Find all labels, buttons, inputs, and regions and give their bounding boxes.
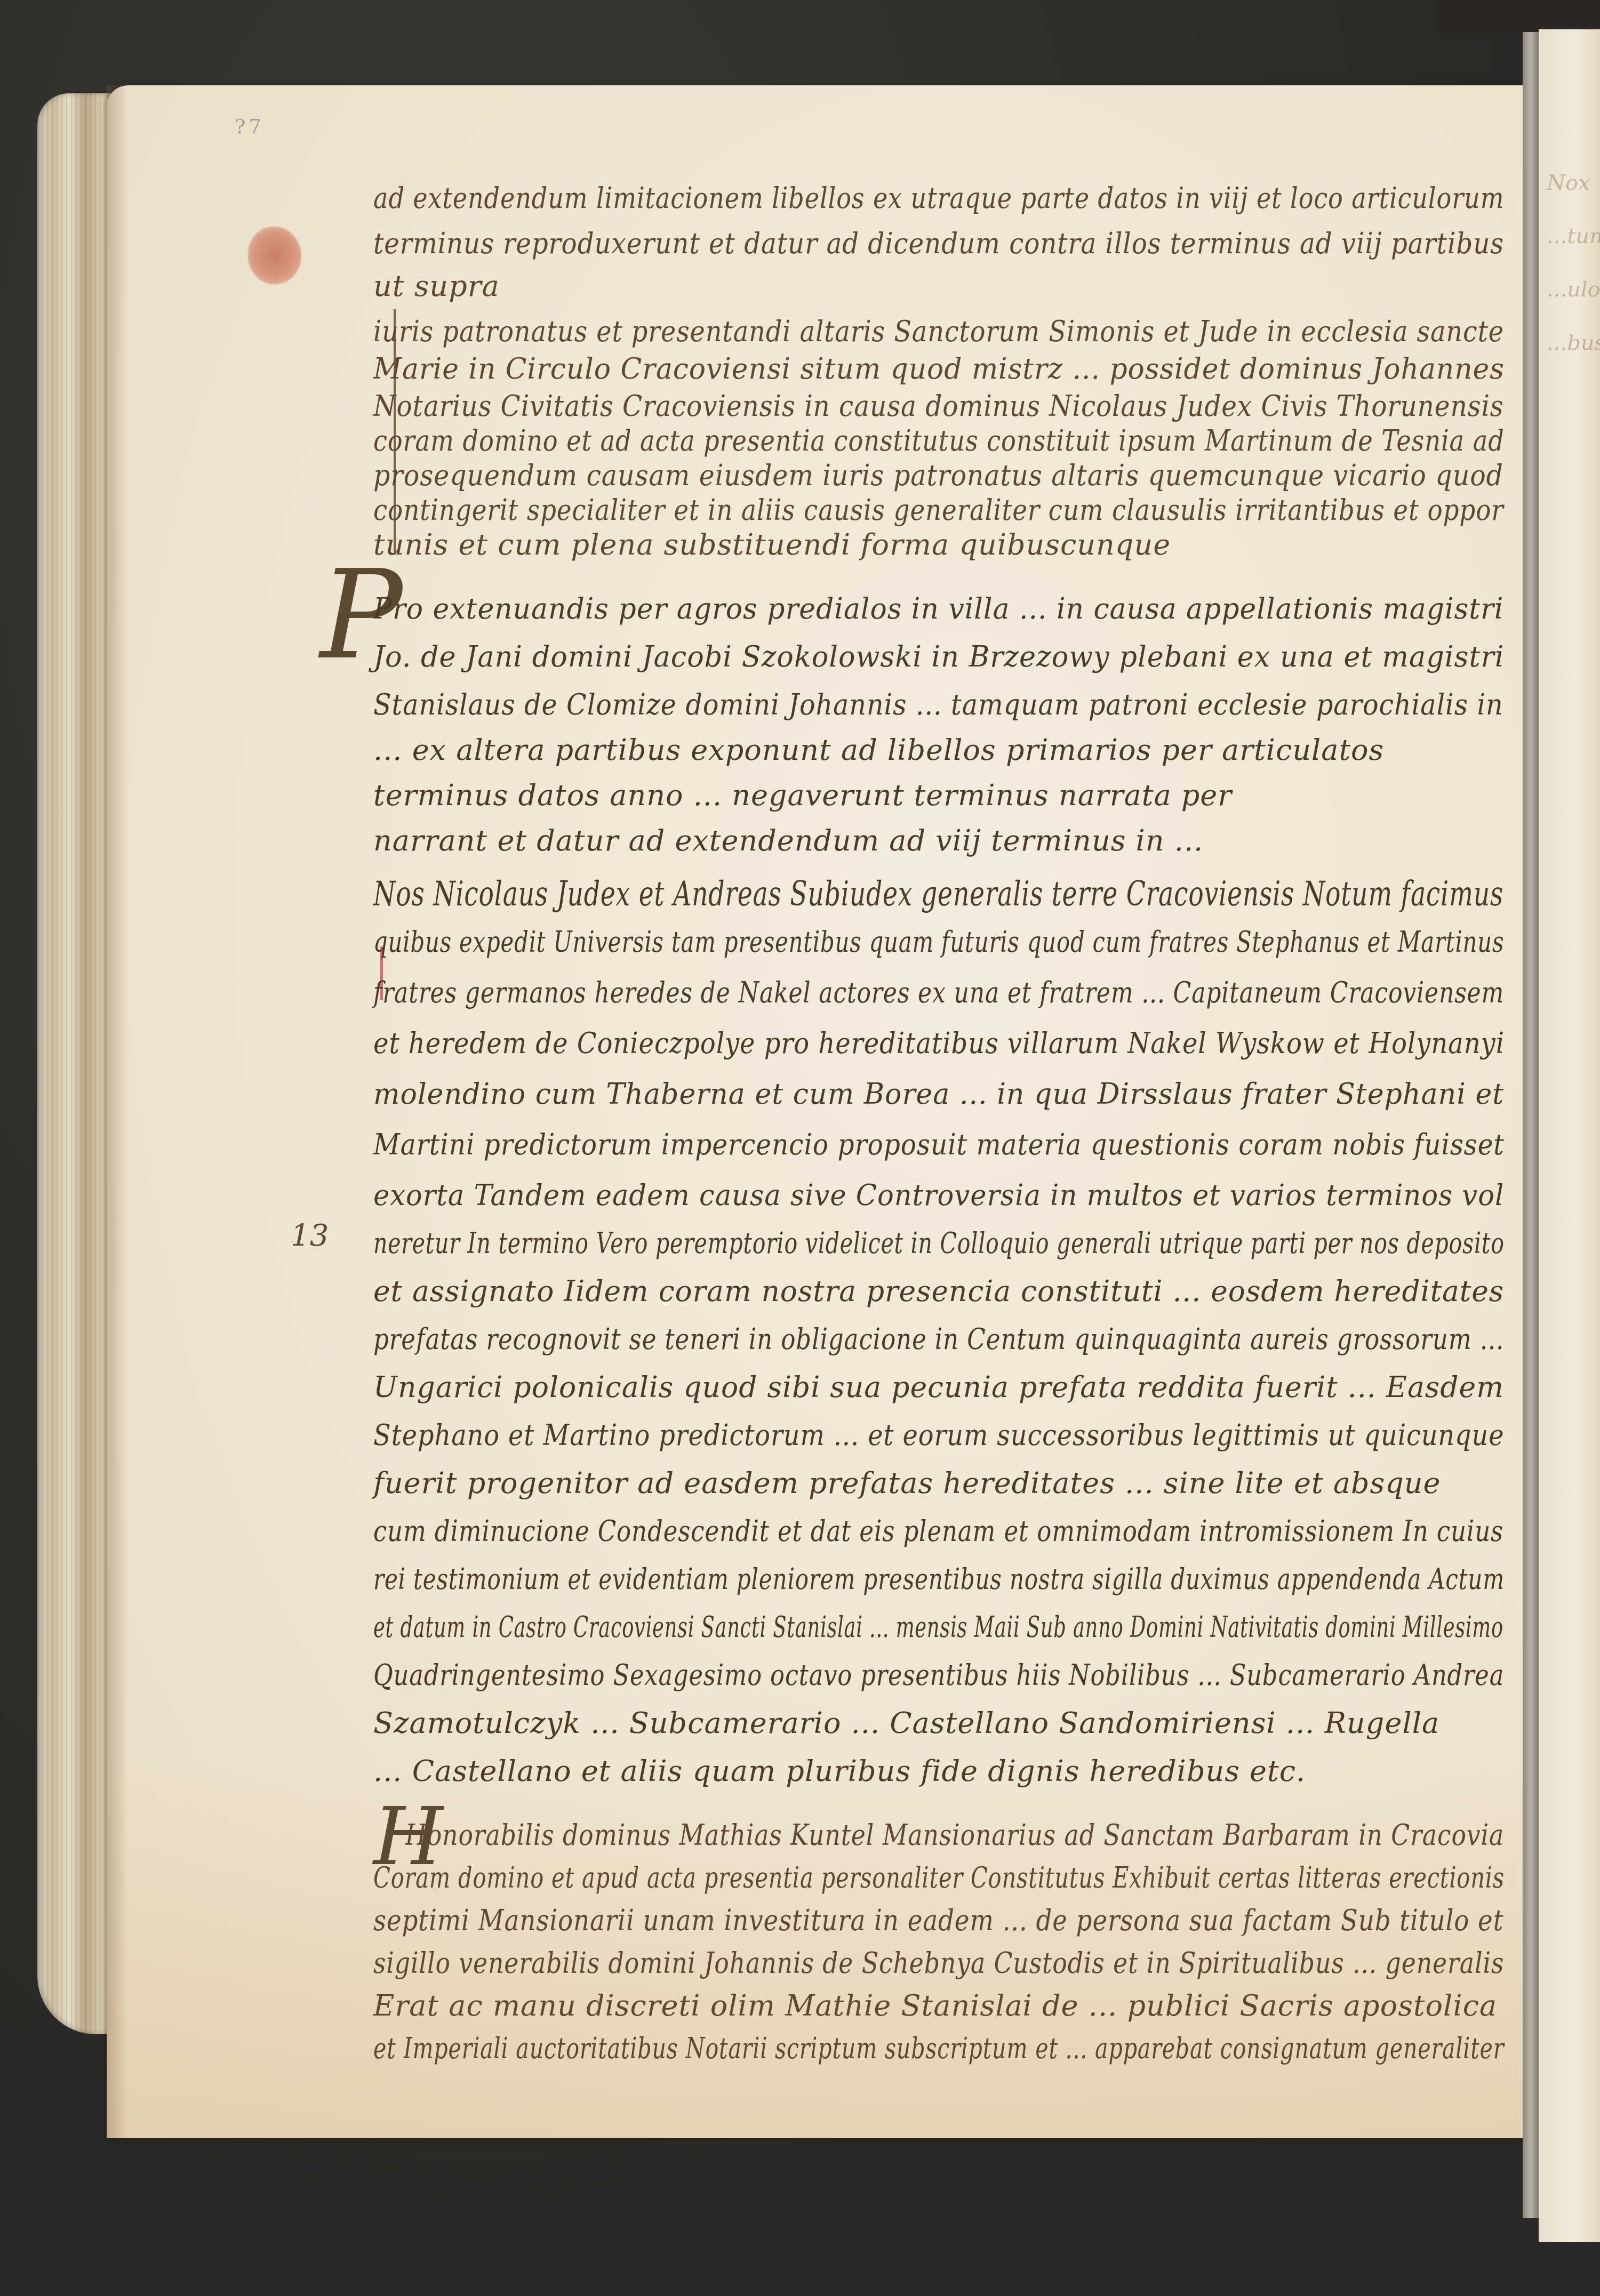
text-line: narrant et datur ad extendendum ad viij … <box>373 824 1203 857</box>
facing-page <box>1539 29 1600 2242</box>
text-line: Notarius Civitatis Cracoviensis in causa… <box>373 389 1504 423</box>
text-line: prefatas recognovit se teneri in obligac… <box>373 1322 1504 1356</box>
text-line: Stanislaus de Clomize domini Johannis ..… <box>373 688 1503 721</box>
text-line: fratres germanos heredes de Nakel actore… <box>373 976 1504 1009</box>
text-line: Ungarici polonicalis quod sibi sua pecun… <box>373 1370 1504 1404</box>
facing-page-fragment: ...bus <box>1547 331 1600 355</box>
text-line: Pro extenuandis per agros predialos in v… <box>373 592 1503 625</box>
text-line: et heredem de Conieczpolye pro hereditat… <box>373 1026 1505 1060</box>
text-line: exorta Tandem eadem causa sive Controver… <box>373 1178 1504 1212</box>
page-stack-edges <box>37 93 117 2034</box>
text-line: Erat ac manu discreti olim Mathie Stanis… <box>373 1989 1497 2022</box>
text-line: Coram domino et apud acta presentia pers… <box>373 1861 1505 1894</box>
book-cover-edge <box>1440 0 1600 32</box>
text-line: ... ex altera partibus exponunt ad libel… <box>373 733 1384 767</box>
text-line: et Imperiali auctoritatibus Notarii scri… <box>373 2032 1504 2065</box>
text-line: Jo. de Jani domini Jacobi Szokolowski in… <box>373 640 1504 673</box>
text-line: Marie in Circulo Cracoviensi situm quod … <box>373 352 1505 386</box>
text-line: fuerit progenitor ad easdem prefatas her… <box>373 1466 1441 1500</box>
text-line: ... Castellano et aliis quam pluribus fi… <box>373 1754 1306 1788</box>
facing-page-fragment: ...tum <box>1547 224 1600 248</box>
text-line: Stephano et Martino predictorum ... et e… <box>373 1418 1504 1452</box>
text-line: septimi Mansionarii unam investitura in … <box>373 1904 1503 1937</box>
text-line: Nos Nicolaus Judex et Andreas Subiudex g… <box>373 874 1503 914</box>
text-line: sigillo venerabilis domini Johannis de S… <box>373 1946 1504 1980</box>
book-gutter <box>1523 32 1539 2218</box>
text-line: quibus expedit Universis tam presentibus… <box>373 925 1504 959</box>
text-line: et assignato Iidem coram nostra presenci… <box>373 1274 1504 1308</box>
red-wax-seal-stain <box>248 227 301 284</box>
text-line: prosequendum causam eiusdem iuris patron… <box>373 459 1503 492</box>
leaf-shadow <box>107 85 128 2138</box>
text-line: iuris patronatus et presentandi altaris … <box>373 315 1504 348</box>
text-line: tunis et cum plena substituendi forma qu… <box>373 528 1171 561</box>
text-line: neretur In termino Vero peremptorio vide… <box>373 1226 1505 1260</box>
facing-page-fragment: ...ulo <box>1547 277 1600 302</box>
text-line: Szamotulczyk ... Subcamerario ... Castel… <box>373 1706 1439 1740</box>
text-line: cum diminucione Condescendit et dat eis … <box>373 1514 1503 1548</box>
text-line: rei testimonium et evidentiam pleniorem … <box>373 1562 1505 1596</box>
text-line: contingerit specialiter et in aliis caus… <box>373 493 1504 527</box>
folio-number: ?7 <box>235 115 265 138</box>
text-line: Quadringentesimo Sexagesimo octavo prese… <box>373 1658 1504 1692</box>
text-line: terminus datos anno ... negaverunt termi… <box>373 778 1232 812</box>
text-line: ut supra <box>373 269 500 303</box>
text-line: molendino cum Thaberna et cum Borea ... … <box>373 1077 1504 1111</box>
margin-note: 13 <box>291 1218 329 1253</box>
text-line: Martini predictorum impercencio proposui… <box>373 1128 1505 1161</box>
text-line: et datum in Castro Cracoviensi Sancti St… <box>373 1610 1503 1644</box>
text-line: ad extendendum limitacionem libellos ex … <box>373 181 1504 215</box>
text-line: coram domino et ad acta presentia consti… <box>373 424 1505 457</box>
text-line: terminus reproduxerunt et datur ad dicen… <box>373 227 1504 260</box>
text-line: Honorabilis dominus Mathias Kuntel Mansi… <box>405 1818 1504 1852</box>
facing-page-fragment: Nox <box>1547 171 1590 195</box>
